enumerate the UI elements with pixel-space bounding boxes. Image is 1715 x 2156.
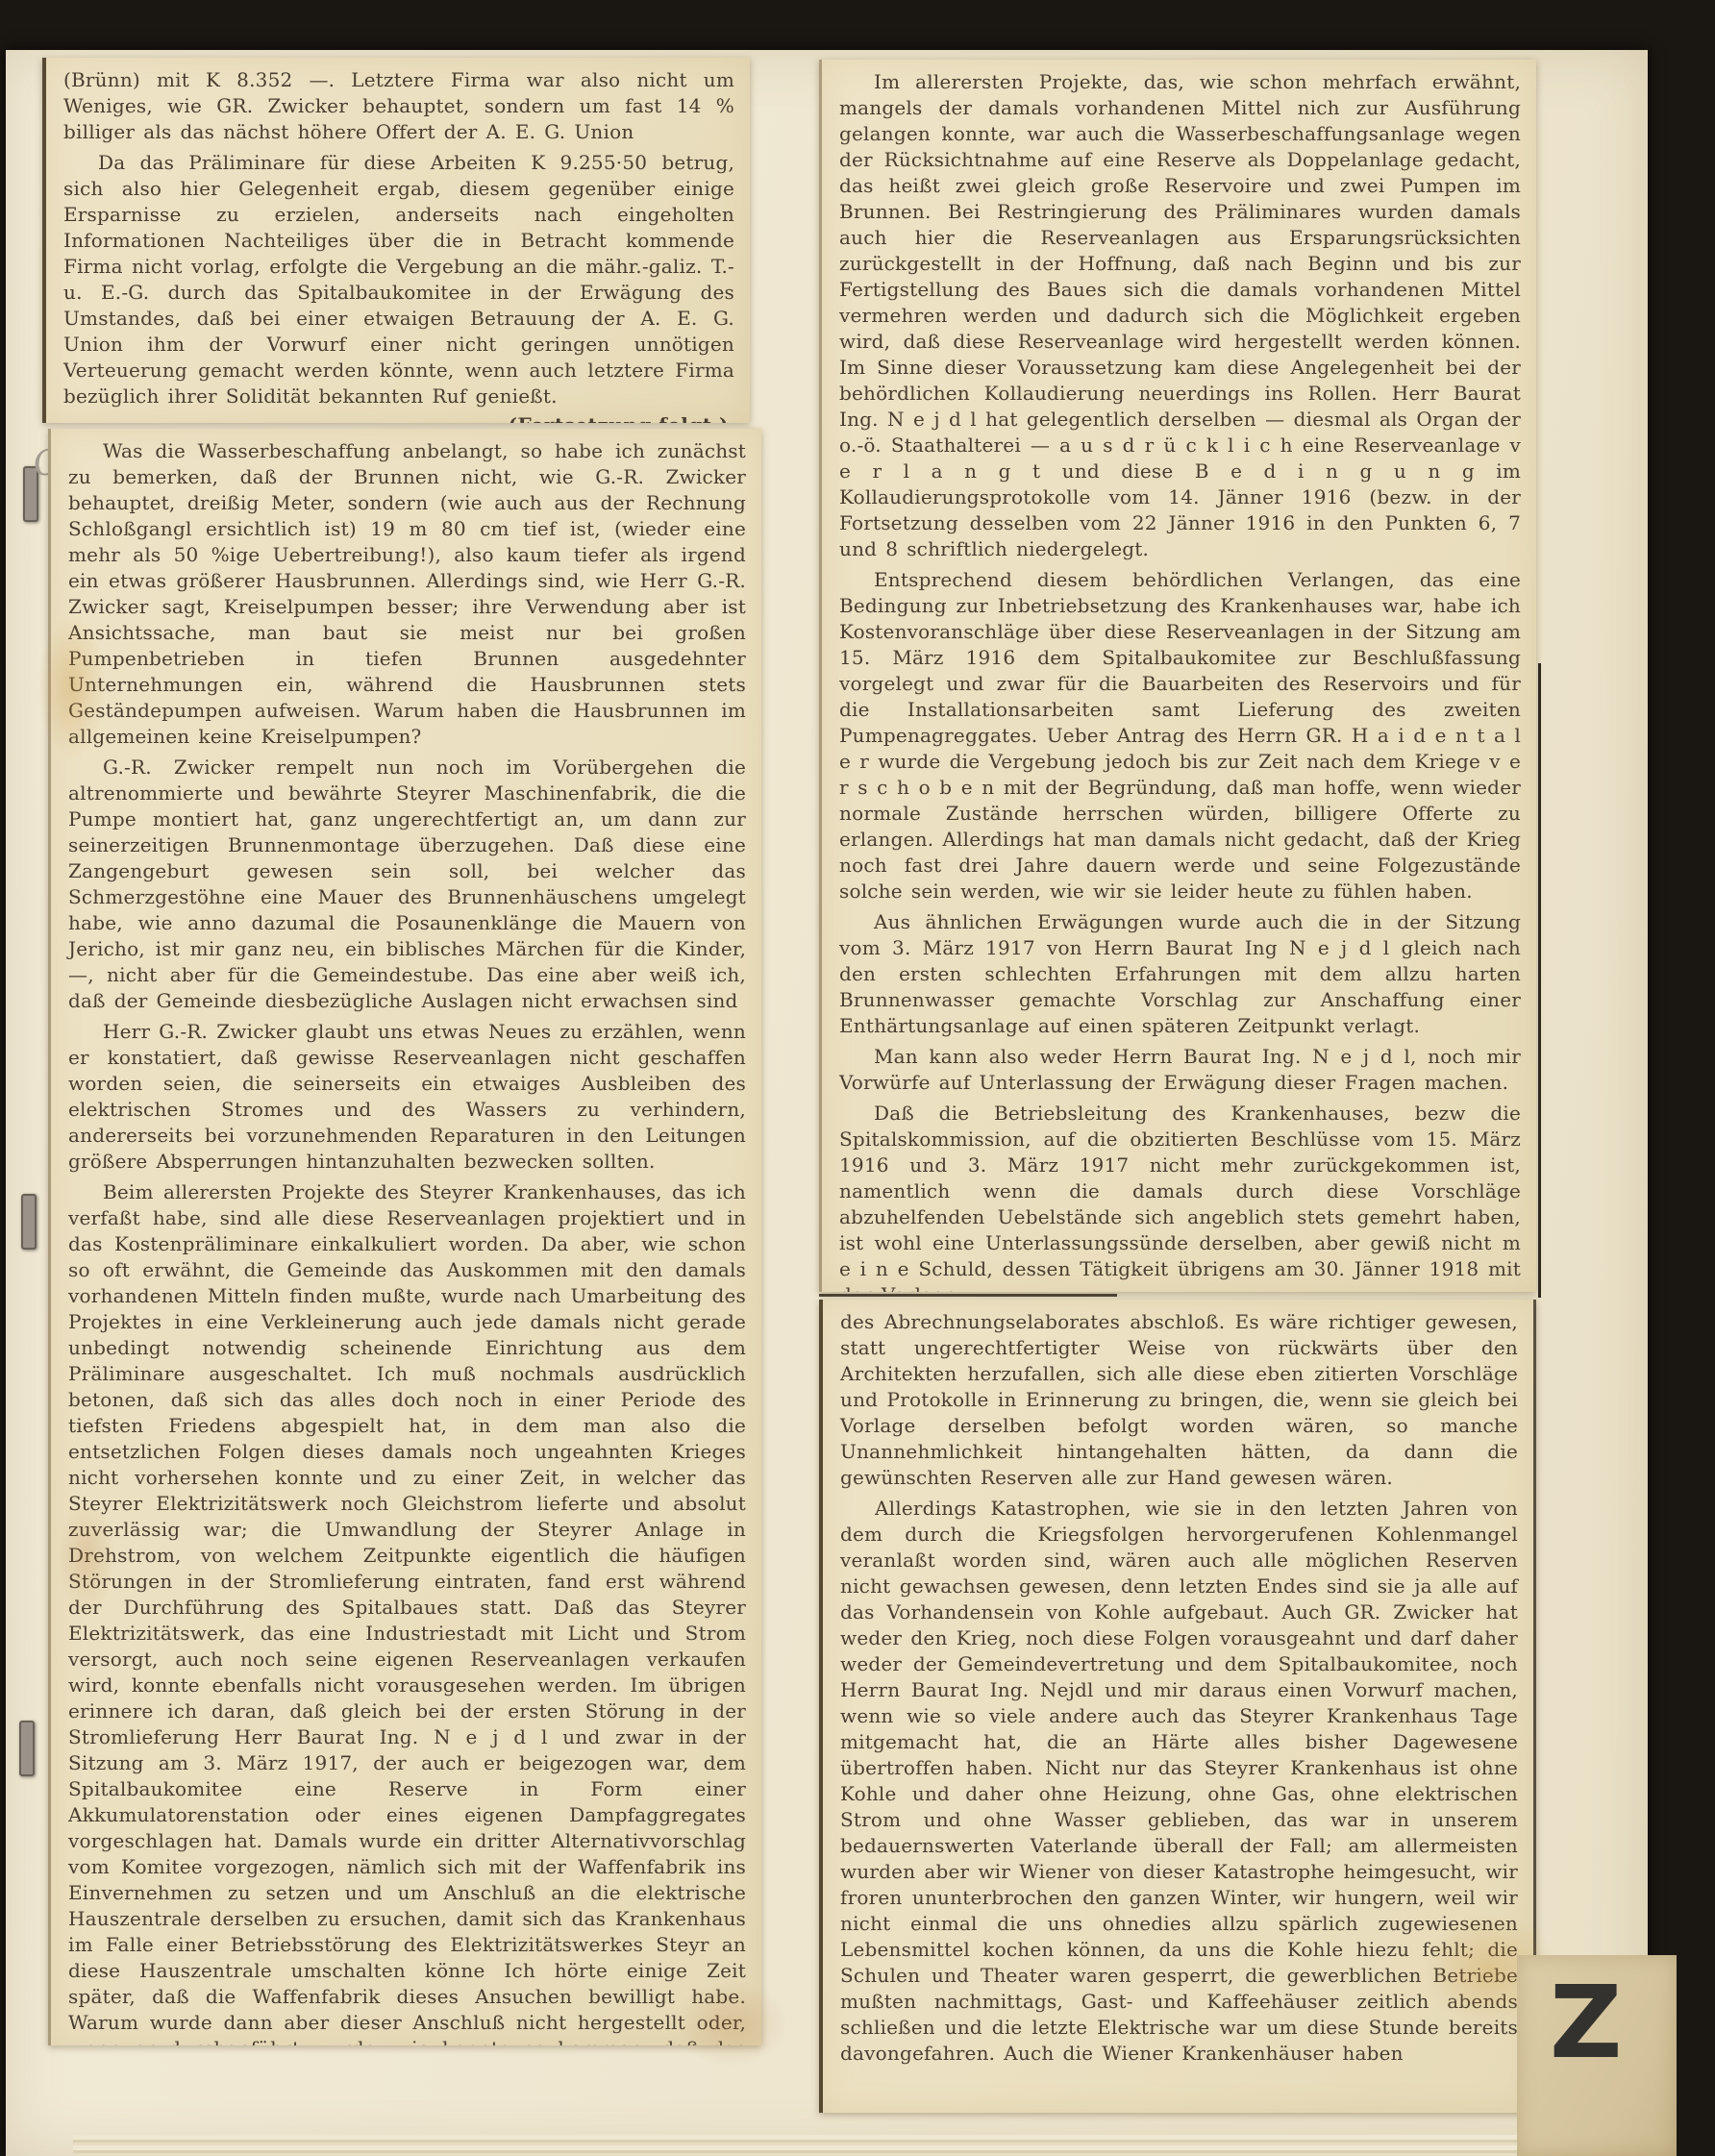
paragraph: Man kann also weder Herrn Baurat Ing. N …	[839, 1044, 1521, 1096]
paragraph: des Abrechnungselaborates abschloß. Es w…	[840, 1309, 1518, 1491]
paragraph: Herr G.-R. Zwicker glaubt uns etwas Neue…	[68, 1019, 746, 1175]
paragraph: Allerdings Katastrophen, wie sie in den …	[840, 1496, 1518, 2067]
newspaper-clipping-left-main: Was die Wasserbeschaffung anbelangt, so …	[48, 429, 761, 2045]
paragraph: Im allerersten Projekte, das, wie schon …	[839, 69, 1521, 562]
paragraph: (Brünn) mit K 8.352 —. Letztere Firma wa…	[63, 67, 734, 145]
continuation-note: (Fortsetzung folgt.)	[63, 412, 734, 423]
newspaper-clipping-left-top: (Brünn) mit K 8.352 —. Letztere Firma wa…	[42, 58, 750, 423]
scan-background: Cd 489.9 (Brünn) mit K 8.352 —. Letztere…	[0, 0, 1715, 2156]
page-bottom-edge	[73, 2135, 1553, 2156]
paragraph: Aus ähnlichen Erwägungen wurde auch die …	[839, 909, 1521, 1039]
paragraph: Was die Wasserbeschaffung anbelangt, so …	[68, 438, 746, 750]
paragraph: Daß die Betriebsleitung des Krankenhause…	[839, 1101, 1521, 1292]
page-corner-tab: Z	[1517, 1955, 1677, 2156]
paragraph: G.-R. Zwicker rempelt nun noch im Vorübe…	[68, 755, 746, 1014]
paragraph: Entsprechend diesem behördlichen Verlang…	[839, 567, 1521, 905]
newspaper-clipping-right-top: Im allerersten Projekte, das, wie schon …	[819, 60, 1536, 1292]
column-rule	[1538, 663, 1541, 1298]
staple	[19, 1721, 35, 1776]
paragraph: Da das Präliminare für diese Arbeiten K …	[63, 150, 734, 409]
paragraph: Beim allerersten Projekte des Steyrer Kr…	[68, 1179, 746, 2045]
separator-rule	[819, 1294, 1117, 1297]
corner-mark-z: Z	[1550, 1972, 1622, 2072]
newspaper-clipping-right-bottom: des Abrechnungselaborates abschloß. Es w…	[819, 1300, 1536, 2113]
staple	[21, 1194, 37, 1250]
